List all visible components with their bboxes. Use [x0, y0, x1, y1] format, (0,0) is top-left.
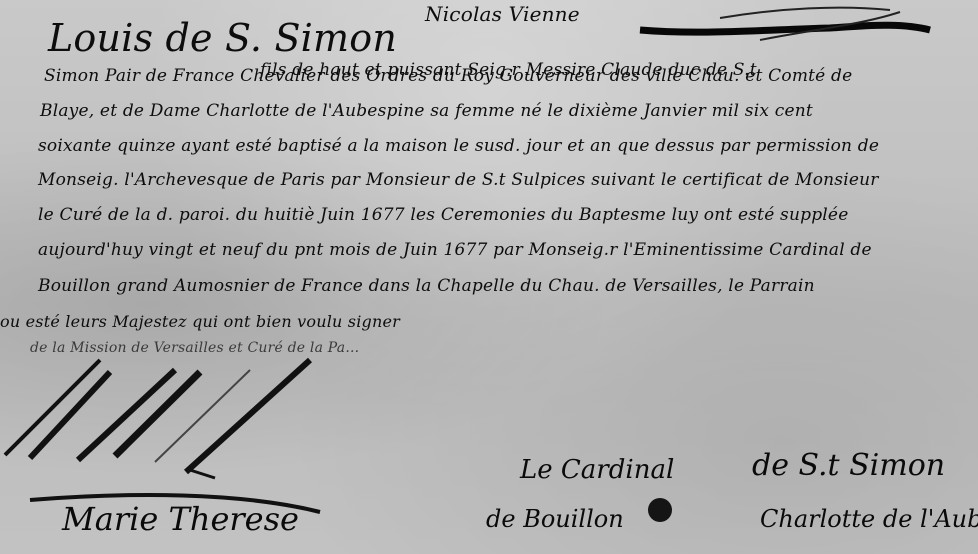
subject-name: Louis de S. Simon: [48, 16, 397, 60]
text-line-9: ou esté leurs Majestez qui ont bien voul…: [0, 312, 400, 331]
text-line-2: Simon Pair de France Chevalier des Ordre…: [44, 66, 852, 86]
signature-charlotte: Charlotte de l'Aubespine: [760, 505, 978, 533]
text-line-8: Bouillon grand Aumosnier de France dans …: [38, 276, 815, 296]
text-line-4: soixante quinze ayant esté baptisé a la …: [38, 136, 879, 156]
document-page: Nicolas Vienne Louis de S. Simon fils de…: [0, 0, 978, 554]
text-line-7: aujourd'huy vingt et neuf du pnt mois de…: [38, 240, 872, 260]
signature-marie-therese: Marie Therese: [62, 500, 299, 538]
signature-le-cardinal: Le Cardinal: [520, 455, 674, 485]
subject-line: Louis de S. Simon: [48, 16, 407, 60]
header-signature: Nicolas Vienne: [425, 2, 580, 26]
text-line-6: le Curé de la d. paroi. du huitiè Juin 1…: [38, 205, 848, 225]
text-line-3: Blaye, et de Dame Charlotte de l'Aubespi…: [40, 101, 813, 121]
text-line-10: de la Mission de Versailles et Curé de l…: [30, 340, 359, 356]
text-line-5: Monseig. l'Archevesque de Paris par Mons…: [38, 170, 879, 190]
signature-de-st-simon: de S.t Simon: [752, 448, 945, 483]
signature-de-bouillon: de Bouillon: [486, 505, 624, 533]
